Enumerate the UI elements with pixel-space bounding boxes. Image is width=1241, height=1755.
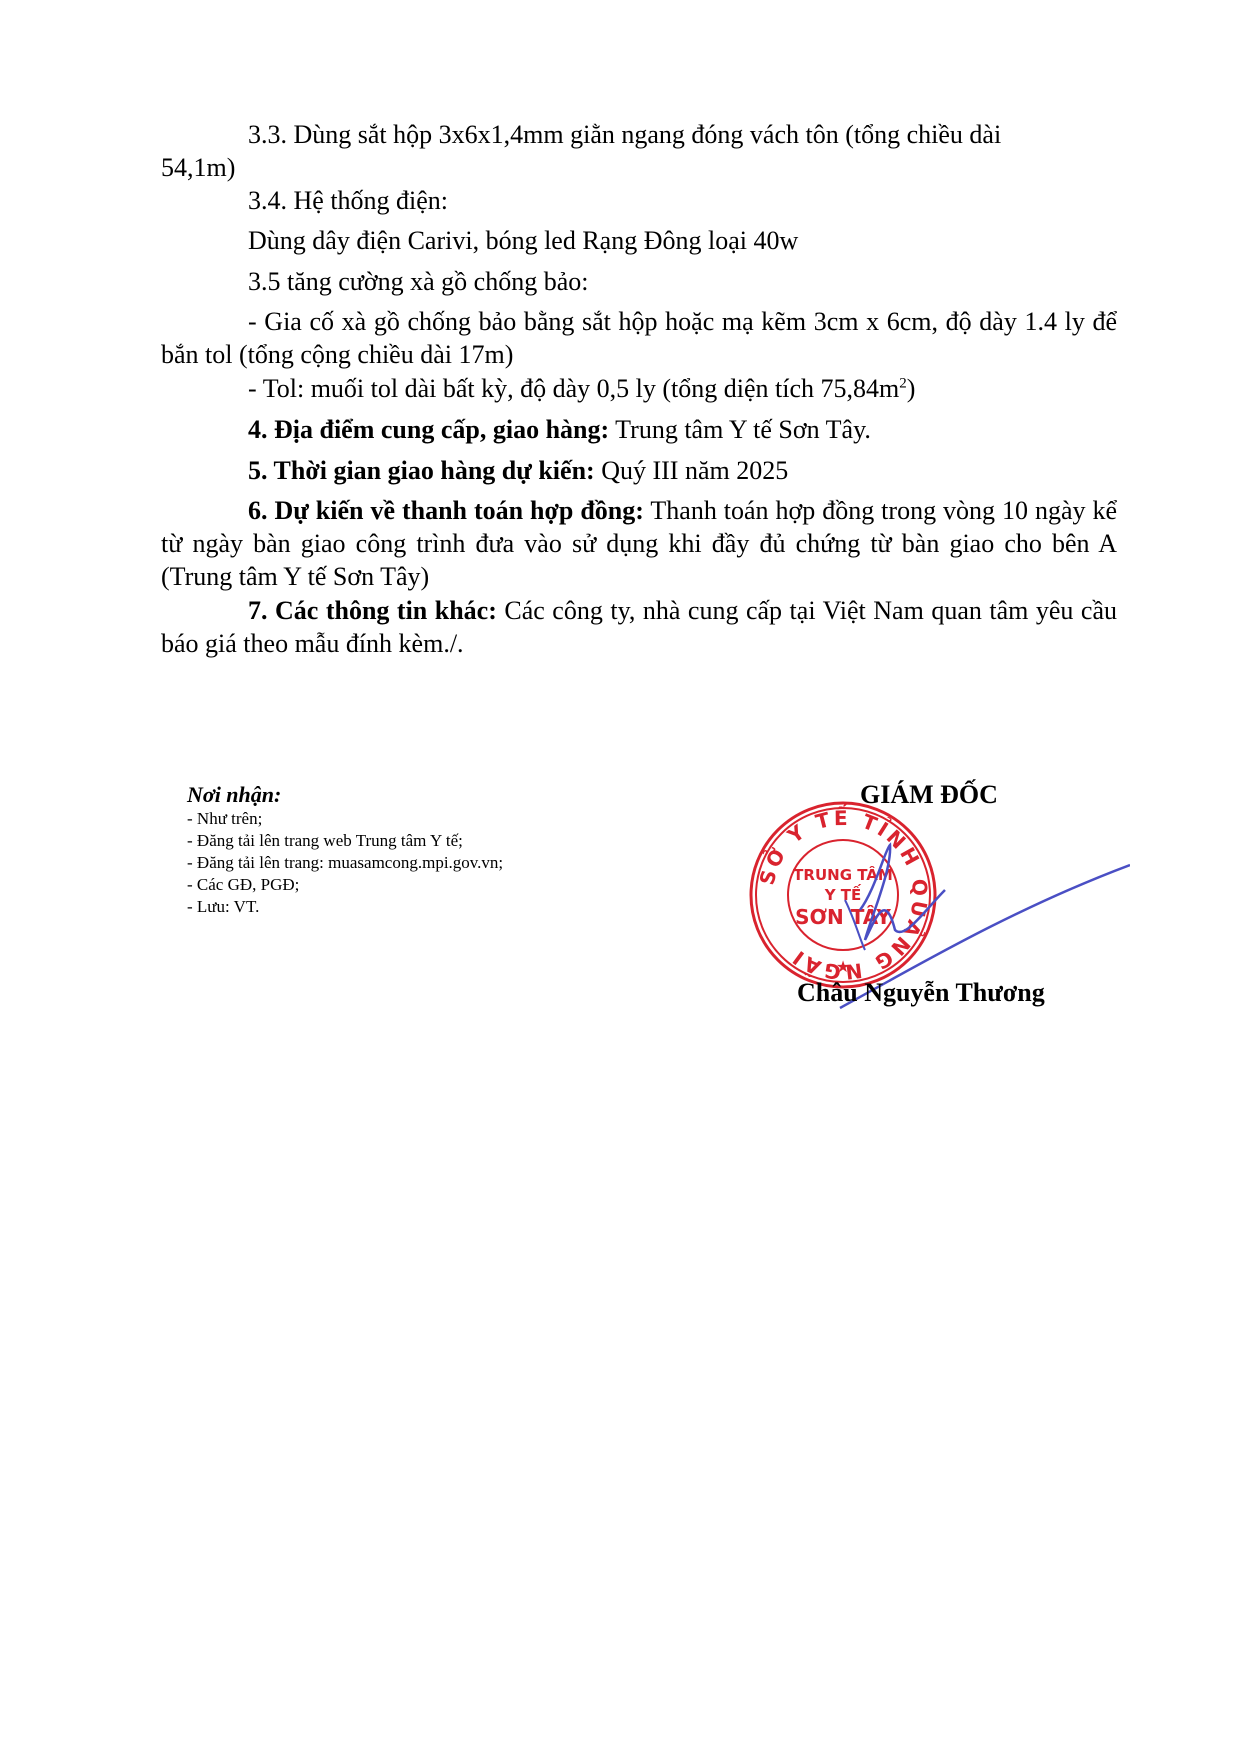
paragraph-3-4-detail: Dùng dây điện Carivi, bóng led Rạng Đông… [161, 224, 1204, 257]
recipients-block: Nơi nhận: - Như trên; - Đăng tải lên tra… [187, 782, 647, 918]
tol-text: - Tol: muối tol dài bất kỳ, độ dày 0,5 l… [248, 374, 899, 403]
signer-name: Châu Nguyễn Thương [797, 978, 1045, 1008]
recipients-title: Nơi nhận: [187, 782, 647, 808]
section-6-label: 6. Dự kiến về thanh toán hợp đồng: [248, 496, 644, 525]
superscript: 2 [899, 375, 907, 391]
section-5-value: Quý III năm 2025 [595, 456, 789, 485]
section-4: 4. Địa điểm cung cấp, giao hàng: Trung t… [161, 413, 1204, 446]
paragraph-3-3: 3.3. Dùng sắt hộp 3x6x1,4mm giằn ngang đ… [161, 118, 1117, 184]
section-6: 6. Dự kiến về thanh toán hợp đồng: Thanh… [161, 494, 1117, 593]
section-4-value: Trung tâm Y tế Sơn Tây. [609, 415, 871, 444]
paragraph-3-3-text: 3.3. Dùng sắt hộp 3x6x1,4mm giằn ngang đ… [248, 120, 1001, 149]
section-5-label: 5. Thời gian giao hàng dự kiến: [248, 456, 595, 485]
section-7: 7. Các thông tin khác: Các công ty, nhà … [161, 594, 1117, 660]
paragraph-3-4: 3.4. Hệ thống điện: [161, 184, 1204, 217]
section-7-label: 7. Các thông tin khác: [248, 596, 497, 625]
paragraph-3-5: 3.5 tăng cường xà gồ chống bảo: [161, 265, 1204, 298]
document-page: 3.3. Dùng sắt hộp 3x6x1,4mm giằn ngang đ… [0, 0, 1241, 1755]
recipient-item: - Đăng tải lên trang: muasamcong.mpi.gov… [187, 852, 647, 874]
recipient-item: - Lưu: VT. [187, 896, 647, 918]
tol-text-end: ) [907, 374, 916, 403]
paragraph-3-3-continuation: 54,1m) [161, 151, 235, 184]
recipient-item: - Như trên; [187, 808, 647, 830]
paragraph-3-5-item-1: - Gia cố xà gồ chống bảo bằng sắt hộp ho… [161, 305, 1117, 371]
recipient-item: - Các GĐ, PGĐ; [187, 874, 647, 896]
recipient-item: - Đăng tải lên trang web Trung tâm Y tế; [187, 830, 647, 852]
section-4-label: 4. Địa điểm cung cấp, giao hàng: [248, 415, 609, 444]
paragraph-3-5-item-2: - Tol: muối tol dài bất kỳ, độ dày 0,5 l… [161, 372, 1204, 405]
section-5: 5. Thời gian giao hàng dự kiến: Quý III … [161, 454, 1204, 487]
